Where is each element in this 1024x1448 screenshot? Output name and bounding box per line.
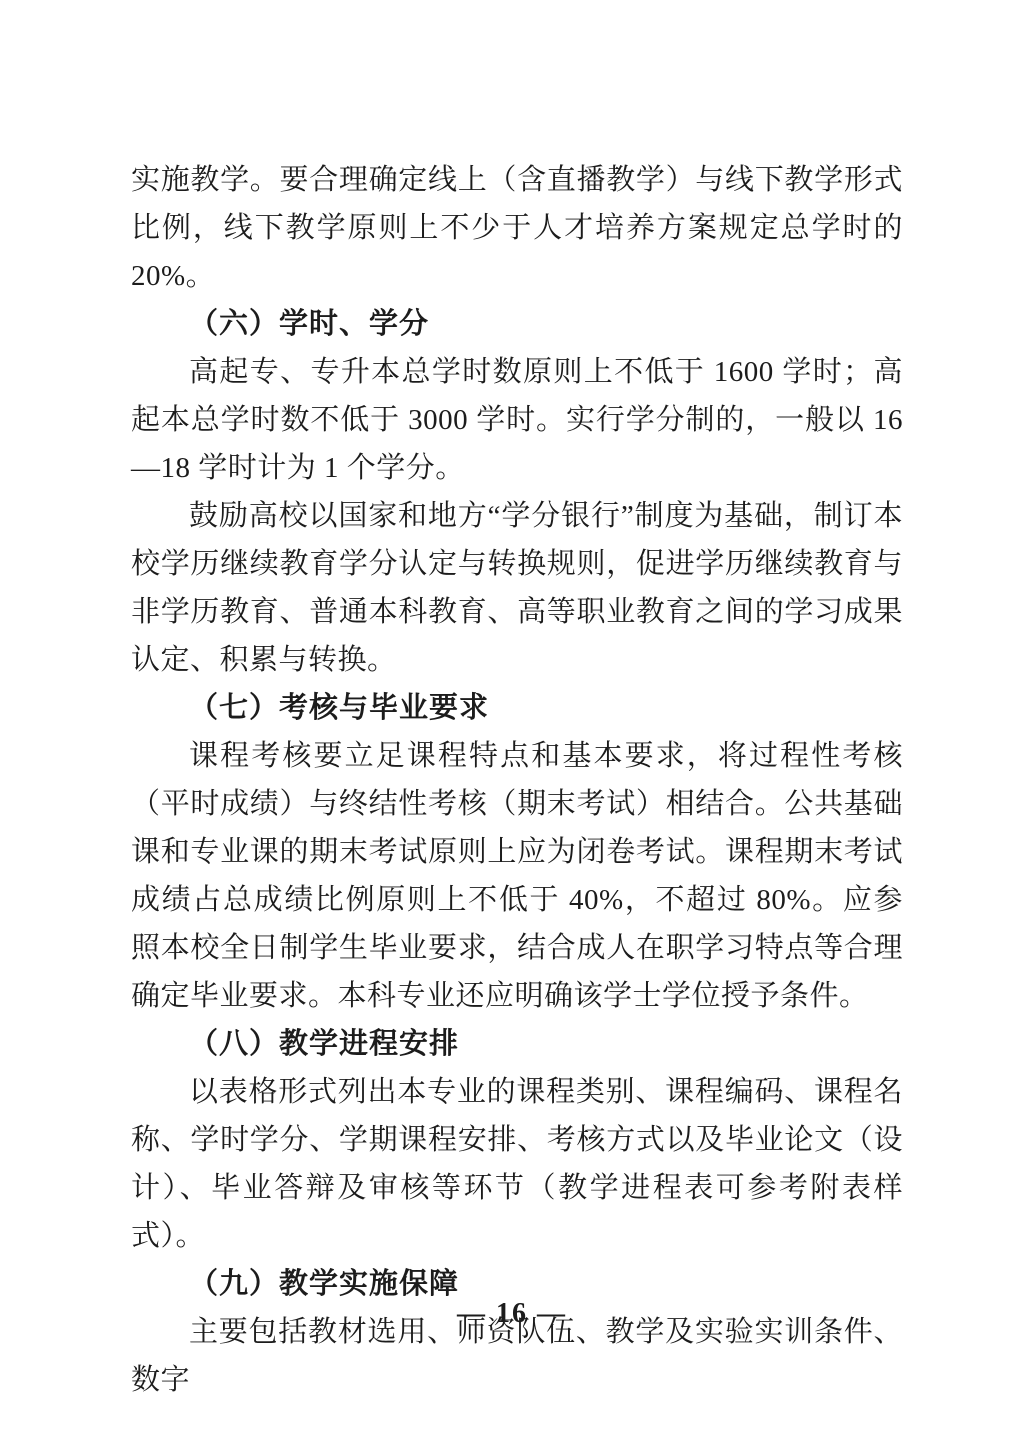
- page-number: — 16 —: [457, 1298, 567, 1329]
- section-heading: （八）教学进程安排: [131, 1020, 903, 1068]
- document-page: 实施教学。要合理确定线上（含直播教学）与线下教学形式比例，线下教学原则上不少于人…: [0, 0, 1024, 1448]
- paragraph: 以表格形式列出本专业的课程类别、课程编码、课程名称、学时学分、学期课程安排、考核…: [131, 1068, 903, 1260]
- section-heading: （七）考核与毕业要求: [131, 684, 903, 732]
- paragraph: 鼓励高校以国家和地方“学分银行”制度为基础，制订本校学历继续教育学分认定与转换规…: [131, 492, 903, 684]
- paragraph: 课程考核要立足课程特点和基本要求，将过程性考核（平时成绩）与终结性考核（期末考试…: [131, 732, 903, 1020]
- paragraph: 实施教学。要合理确定线上（含直播教学）与线下教学形式比例，线下教学原则上不少于人…: [131, 156, 903, 300]
- document-body: 实施教学。要合理确定线上（含直播教学）与线下教学形式比例，线下教学原则上不少于人…: [131, 156, 903, 1404]
- section-heading: （六）学时、学分: [131, 300, 903, 348]
- page-footer: — 16 —: [0, 1298, 1024, 1330]
- paragraph: 高起专、专升本总学时数原则上不低于 1600 学时；高起本总学时数不低于 300…: [131, 348, 903, 492]
